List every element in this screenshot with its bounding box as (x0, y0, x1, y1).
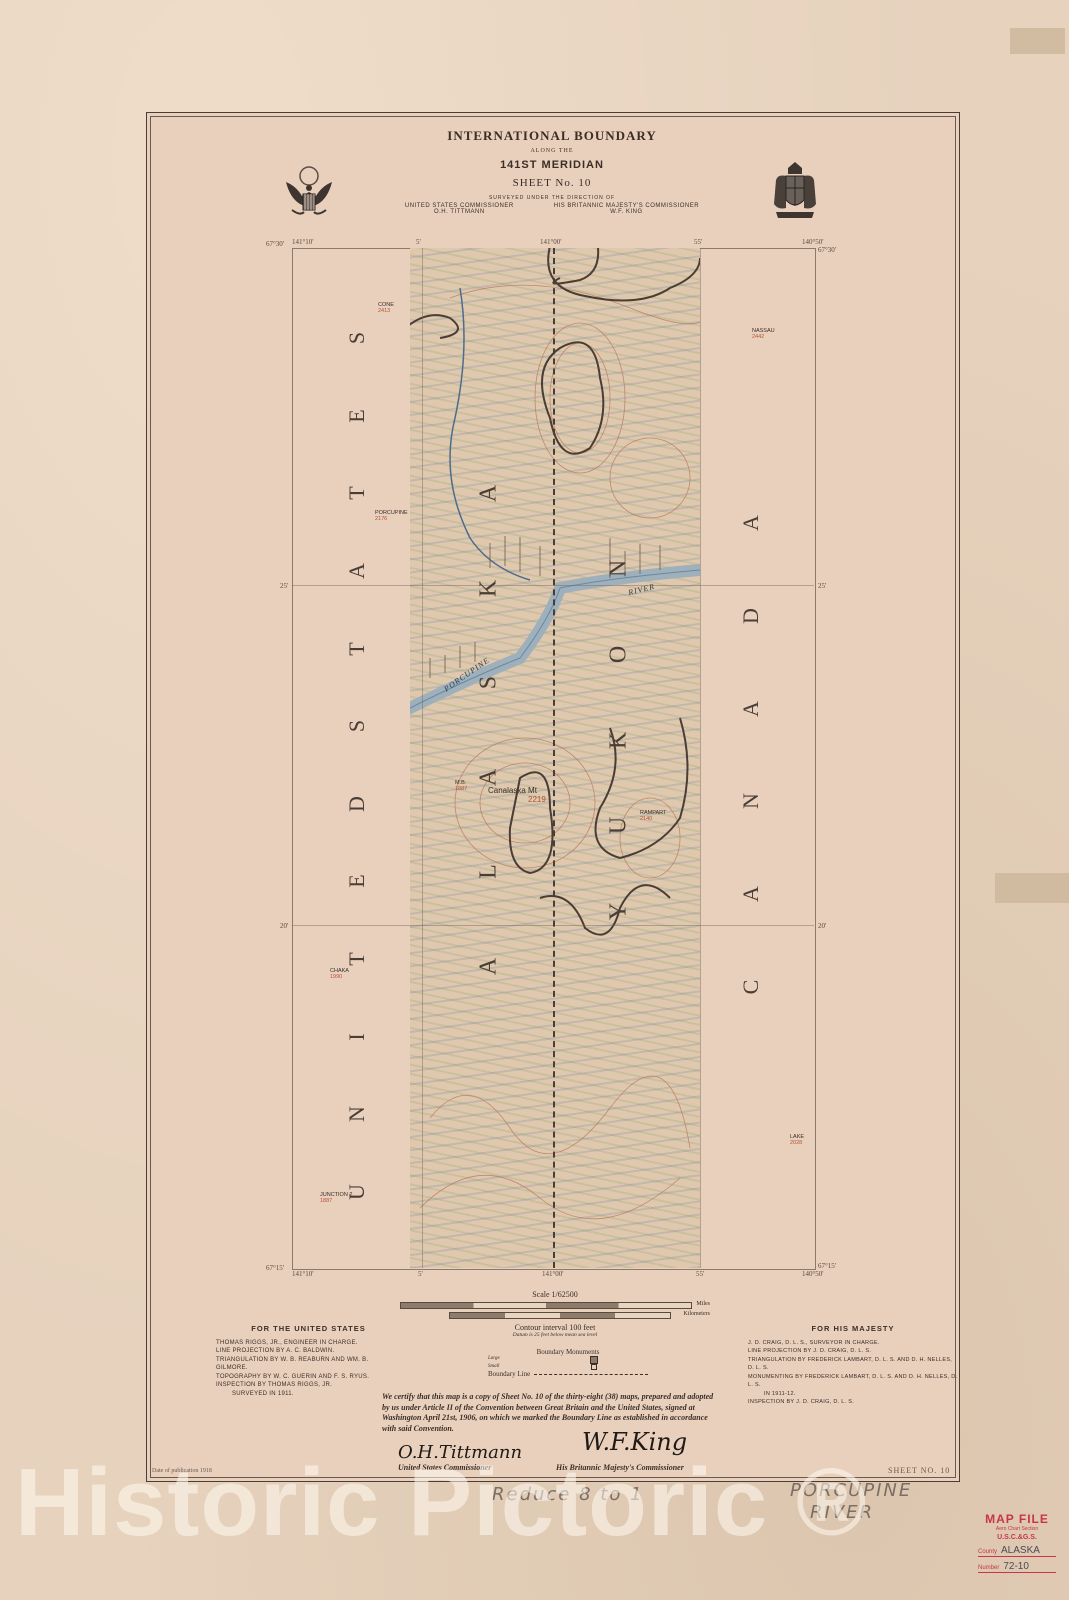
place-rampart: RAMPART2140 (640, 810, 666, 822)
place-canalaska-mt: Canalaska Mt2219 (488, 786, 546, 804)
boundary-line-symbol (534, 1374, 648, 1375)
label-united-states: S E T A T S D E T I N U (346, 325, 368, 1205)
credit-line: TOPOGRAPHY BY W. C. GUERIN AND F. S. RYU… (216, 1373, 401, 1382)
credit-line: INSPECTION BY THOMAS RIGGS, JR. (216, 1381, 401, 1390)
tick-bottom-141: 141°00' (542, 1270, 564, 1278)
stamp-org: U.S.C.&G.S. (978, 1534, 1056, 1541)
tape-mark (995, 873, 1069, 903)
tick-top-55: 55' (694, 238, 702, 246)
credit-line: SURVEYED IN 1911. (232, 1390, 401, 1399)
credit-line: THOMAS RIGGS, JR., ENGINEER IN CHARGE. (216, 1339, 401, 1348)
title-block: INTERNATIONAL BOUNDARY ALONG THE 141ST M… (146, 128, 958, 215)
map-title: INTERNATIONAL BOUNDARY (146, 128, 958, 144)
credit-line: J. D. CRAIG, D. L. S., SURVEYOR IN CHARG… (748, 1339, 958, 1348)
credits-uk-heading: FOR HIS MAJESTY (748, 1325, 958, 1334)
survey-strip (410, 248, 700, 1268)
uk-commissioner-name: W.F. KING (554, 209, 699, 215)
contour-interval: Contour interval 100 feet (400, 1323, 710, 1332)
tick-left-20: 20' (280, 922, 288, 930)
place-lake: LAKE2028 (790, 1134, 804, 1146)
legend-large: Large (488, 1356, 500, 1364)
tick-bottom-55: 55' (696, 1270, 704, 1278)
credits-his-majesty: FOR HIS MAJESTY J. D. CRAIG, D. L. S., S… (748, 1325, 958, 1407)
place-porcupine: PORCUPINE2176 (375, 510, 408, 522)
corner-lat-bl: 67°15' (266, 1264, 284, 1272)
place-junction-2: JUNCTION 21887 (320, 1192, 352, 1204)
credit-line: TRIANGULATION BY W. B. REABURN AND WM. B… (216, 1356, 401, 1373)
tick-top-141: 141°00' (540, 238, 562, 246)
tape-mark (1010, 28, 1065, 54)
stamp-title: MAP FILE (978, 1512, 1056, 1526)
corner-lon-bl: 141°10' (292, 1270, 314, 1278)
scale-km-label: Kilometers (683, 1311, 710, 1317)
scale-bar-miles (400, 1302, 692, 1309)
legend-boundary-line: Boundary Line (488, 1370, 530, 1378)
stamp-county: CountyALASKA (978, 1545, 1056, 1557)
scale-bar-km (449, 1312, 671, 1319)
tick-right-25: 25' (818, 582, 826, 590)
boundary-line (553, 248, 555, 1268)
us-great-seal-icon (282, 164, 336, 224)
legend-title: Boundary Monuments (488, 1348, 648, 1356)
corner-lon-tr: 140°50' (802, 238, 824, 246)
legend: Boundary Monuments Large Small Boundary … (488, 1348, 648, 1378)
label-alaska: A K S A L A (478, 480, 500, 980)
tick-left-25: 25' (280, 582, 288, 590)
map-meridian: 141ST MERIDIAN (146, 159, 958, 171)
stamp-subtitle: Aero Chart Section (978, 1526, 1056, 1532)
sheet-number: SHEET No. 10 (146, 177, 958, 189)
grid-line (422, 248, 423, 1268)
scale-miles-label: Miles (696, 1301, 710, 1307)
surveyed-under: SURVEYED UNDER THE DIRECTION OF (146, 195, 958, 201)
credit-line: LINE PROJECTION BY J. D. CRAIG, D. L. S. (748, 1347, 958, 1356)
place-nassau: NASSAU2442 (752, 328, 775, 340)
corner-lat-tr: 67°30' (818, 246, 836, 254)
us-commissioner-name: O.H. TITTMANN (405, 209, 514, 215)
credit-line: INSPECTION BY J. D. CRAIG, D. L. S. (748, 1398, 958, 1407)
corner-lon-tl: 141°10' (292, 238, 314, 246)
commissioners: UNITED STATES COMMISSIONERO.H. TITTMANN … (146, 203, 958, 215)
stamp-number: Number72-10 (978, 1561, 1056, 1573)
label-yukon: N O K U Y (608, 555, 630, 925)
scale-title: Scale 1/62500 (400, 1290, 710, 1299)
map-title-along: ALONG THE (146, 148, 958, 154)
datum-note: Datum is 25 feet below mean sea level (400, 1332, 710, 1338)
label-canada: A D A N A C (740, 510, 762, 1000)
corner-lat-tl: 67°30' (266, 240, 284, 248)
place-chaka: CHAKA1990 (330, 968, 349, 980)
place-cone: CONE2413 (378, 302, 394, 314)
place-mb: M.B.1887 (455, 780, 467, 792)
sheet-number-footer: SHEET NO. 10 (888, 1466, 950, 1475)
tick-top-5: 5' (416, 238, 421, 246)
royal-coat-of-arms-icon (768, 160, 822, 220)
tick-bottom-5: 5' (418, 1270, 423, 1278)
corner-lon-br: 140°50' (802, 1270, 824, 1278)
credits-united-states: FOR THE UNITED STATES THOMAS RIGGS, JR.,… (216, 1325, 401, 1398)
map-file-stamp: MAP FILE Aero Chart Section U.S.C.&G.S. … (978, 1512, 1056, 1573)
watermark: Historic Pictoric ® (15, 1448, 868, 1558)
monument-large-icon (590, 1356, 598, 1364)
credit-line: IN 1911-12. (764, 1390, 958, 1399)
tick-right-20: 20' (818, 922, 826, 930)
credit-line: LINE PROJECTION BY A. C. BALDWIN. (216, 1347, 401, 1356)
scale-block: Scale 1/62500 Miles Kilometers Contour i… (400, 1290, 710, 1378)
credits-us-heading: FOR THE UNITED STATES (216, 1325, 401, 1334)
credit-line: MONUMENTING BY FREDERICK LAMBART, D. L. … (748, 1373, 958, 1390)
grid-line (700, 248, 701, 1268)
monument-small-icon (591, 1364, 597, 1370)
credit-line: TRIANGULATION BY FREDERICK LAMBART, D. L… (748, 1356, 958, 1373)
corner-lat-br: 67°15' (818, 1262, 836, 1270)
